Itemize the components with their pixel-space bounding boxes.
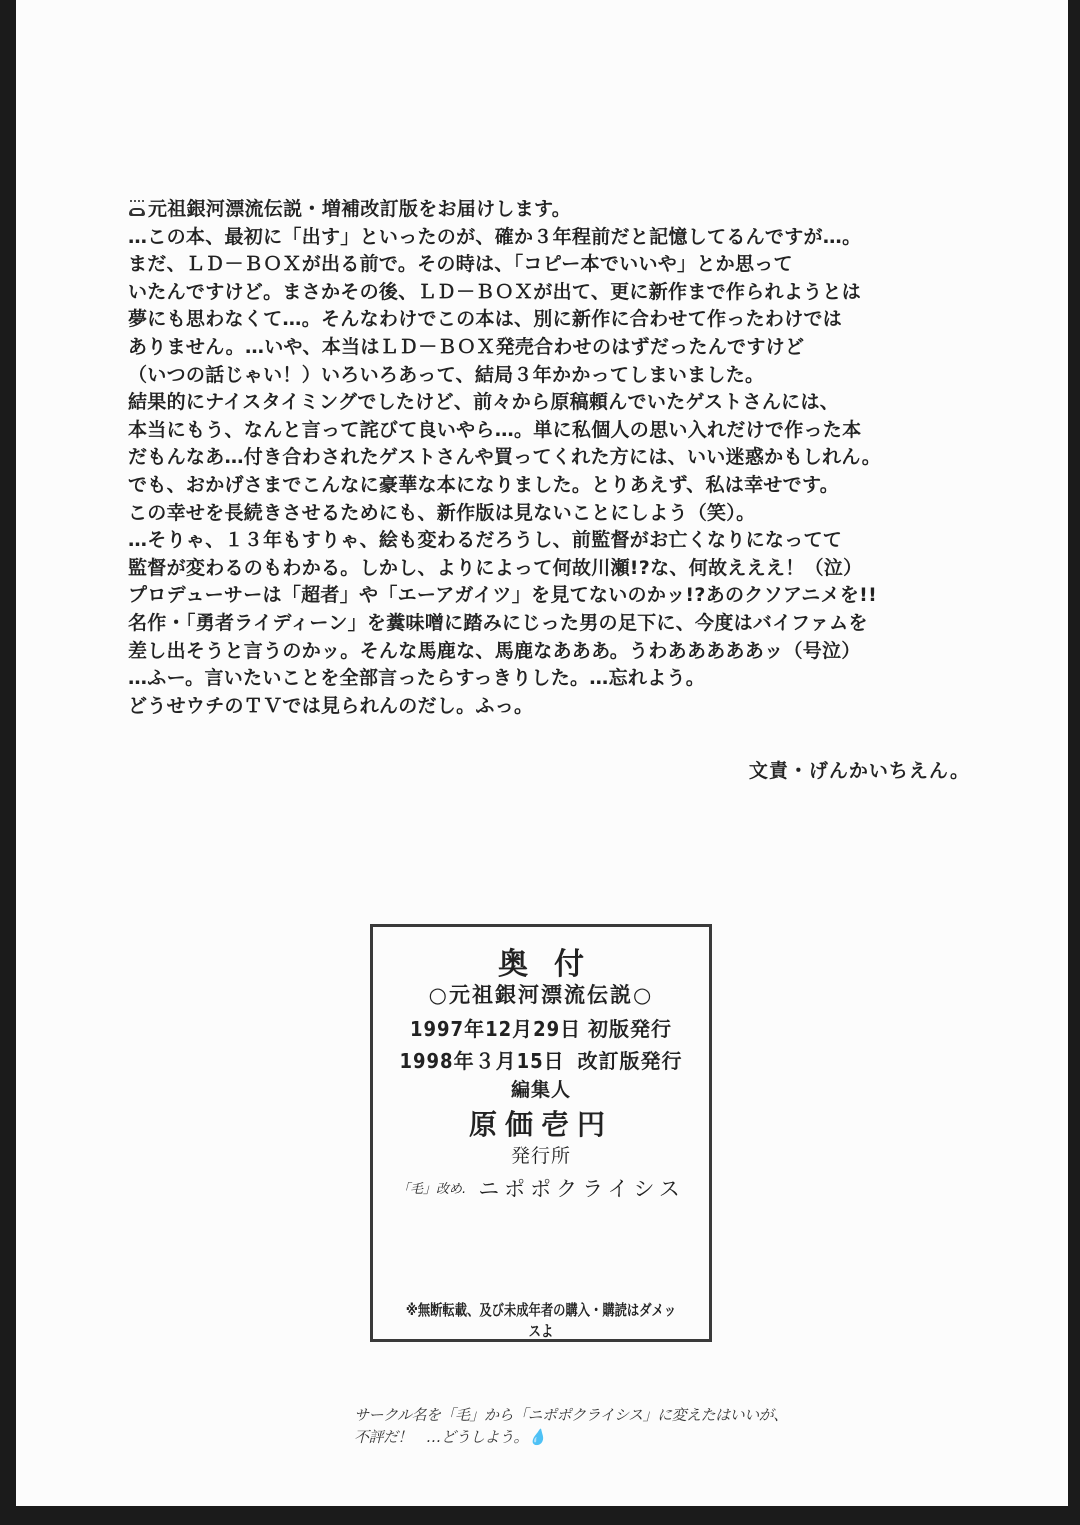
publisher: 「毛」改め.ニポポクライシス [373, 1173, 709, 1203]
afterword-line: 監督が変わるのもわかる。しかし、よりによって何故川瀬!?な、何故えええ！（泣） [128, 555, 958, 583]
afterword-line: まだ、ＬＤ－ＢＯＸが出る前で。その時は、「コピー本でいいや」とか思って [128, 251, 958, 279]
afterword-line: …そりゃ、１３年もすりゃ、絵も変わるだろうし、前監督がお亡くなりになってて [128, 527, 958, 555]
copyright-warning: ※無断転載、及び未成年者の購入・購読はダメッスよ [403, 1299, 679, 1341]
publisher-label: 発行所 [373, 1141, 709, 1168]
afterword-line: ありません。…いや、本当はＬＤ－ＢＯＸ発売合わせのはずだったんですけど [128, 334, 958, 362]
edition-first: 1997年12月29日初版発行 [373, 1013, 709, 1042]
afterword-line: 名作・「勇者ライディーン」を糞味噌に踏みにじった男の足下に、今度はバイファムを [128, 610, 958, 638]
afterword-line: 元祖銀河漂流伝説・増補改訂版をお届けします。 [128, 196, 958, 224]
handwritten-line: 不評だ！ …どうしよう。💧 [354, 1426, 788, 1448]
edition-date: 1998年３月15日 [400, 1045, 578, 1074]
edition-label: 初版発行 [588, 1013, 672, 1042]
edition-date: 1997年12月29日 [410, 1013, 588, 1042]
colophon-box: 奥付 ○元祖銀河漂流伝説○ 1997年12月29日初版発行 1998年３月15日… [370, 924, 712, 1342]
afterword-text: 元祖銀河漂流伝説・増補改訂版をお届けします。 …この本、最初に「出す」といったの… [128, 196, 958, 720]
afterword-line: プロデューサーは「超者」や「エーアガイツ」を見てないのかッ!?あのクソアニメを!… [128, 582, 958, 610]
handwritten-line: サークル名を「毛」から「ニポポクライシス」に変えたはいいが、 [354, 1404, 788, 1426]
steaming-pot-icon [128, 200, 147, 217]
afterword-line: 本当にもう、なんと言って詫びて良いやら…。単に私個人の思い入れだけで作った本 [128, 417, 958, 445]
edition-label: 改訂版発行 [578, 1045, 683, 1074]
afterword-line: 結果的にナイスタイミングでしたけど、前々から原稿頼んでいたゲストさんには、 [128, 389, 958, 417]
afterword-line: だもんなあ…付き合わされたゲストさんや買ってくれた方には、いい迷惑かもしれん。 [128, 444, 958, 472]
afterword-line: （いつの話じゃい！）いろいろあって、結局３年かかってしまいました。 [128, 362, 958, 390]
afterword-line: 夢にも思わなくて…。そんなわけでこの本は、別に新作に合わせて作ったわけでは [128, 306, 958, 334]
publisher-handnote: 「毛」改め. [397, 1182, 466, 1197]
afterword-line: …この本、最初に「出す」といったのが、確か３年程前だと記憶してるんですが…。 [128, 224, 958, 252]
afterword-line: どうせウチのＴＶでは見られんのだし。ふっ。 [128, 693, 958, 721]
publisher-name: ニポポクライシス [478, 1177, 685, 1201]
edition-revised: 1998年３月15日改訂版発行 [373, 1045, 709, 1074]
handwritten-note: サークル名を「毛」から「ニポポクライシス」に変えたはいいが、 不評だ！ …どうし… [354, 1404, 788, 1448]
editor-name: 原価壱円 [373, 1103, 709, 1143]
book-title: ○元祖銀河漂流伝説○ [373, 979, 709, 1009]
author-signature: 文責・げんかいちえん。 [0, 756, 970, 783]
afterword-line: でも、おかげさまでこんなに豪華な本になりました。とりあえず、私は幸せです。 [128, 472, 958, 500]
editor-label: 編集人 [373, 1075, 709, 1102]
afterword-line: この幸せを長続きさせるためにも、新作版は見ないことにしよう（笑）。 [128, 500, 958, 528]
afterword-line: 差し出そうと言うのかッ。そんな馬鹿な、馬鹿なあああ。うわあああああッ（号泣） [128, 638, 958, 666]
afterword-line: …ふー。言いたいことを全部言ったらすっきりした。…忘れよう。 [128, 665, 958, 693]
colophon-title: 奥付 [373, 939, 709, 983]
afterword-line: いたんですけど。まさかその後、ＬＤ－ＢＯＸが出て、更に新作まで作られようとは [128, 279, 958, 307]
